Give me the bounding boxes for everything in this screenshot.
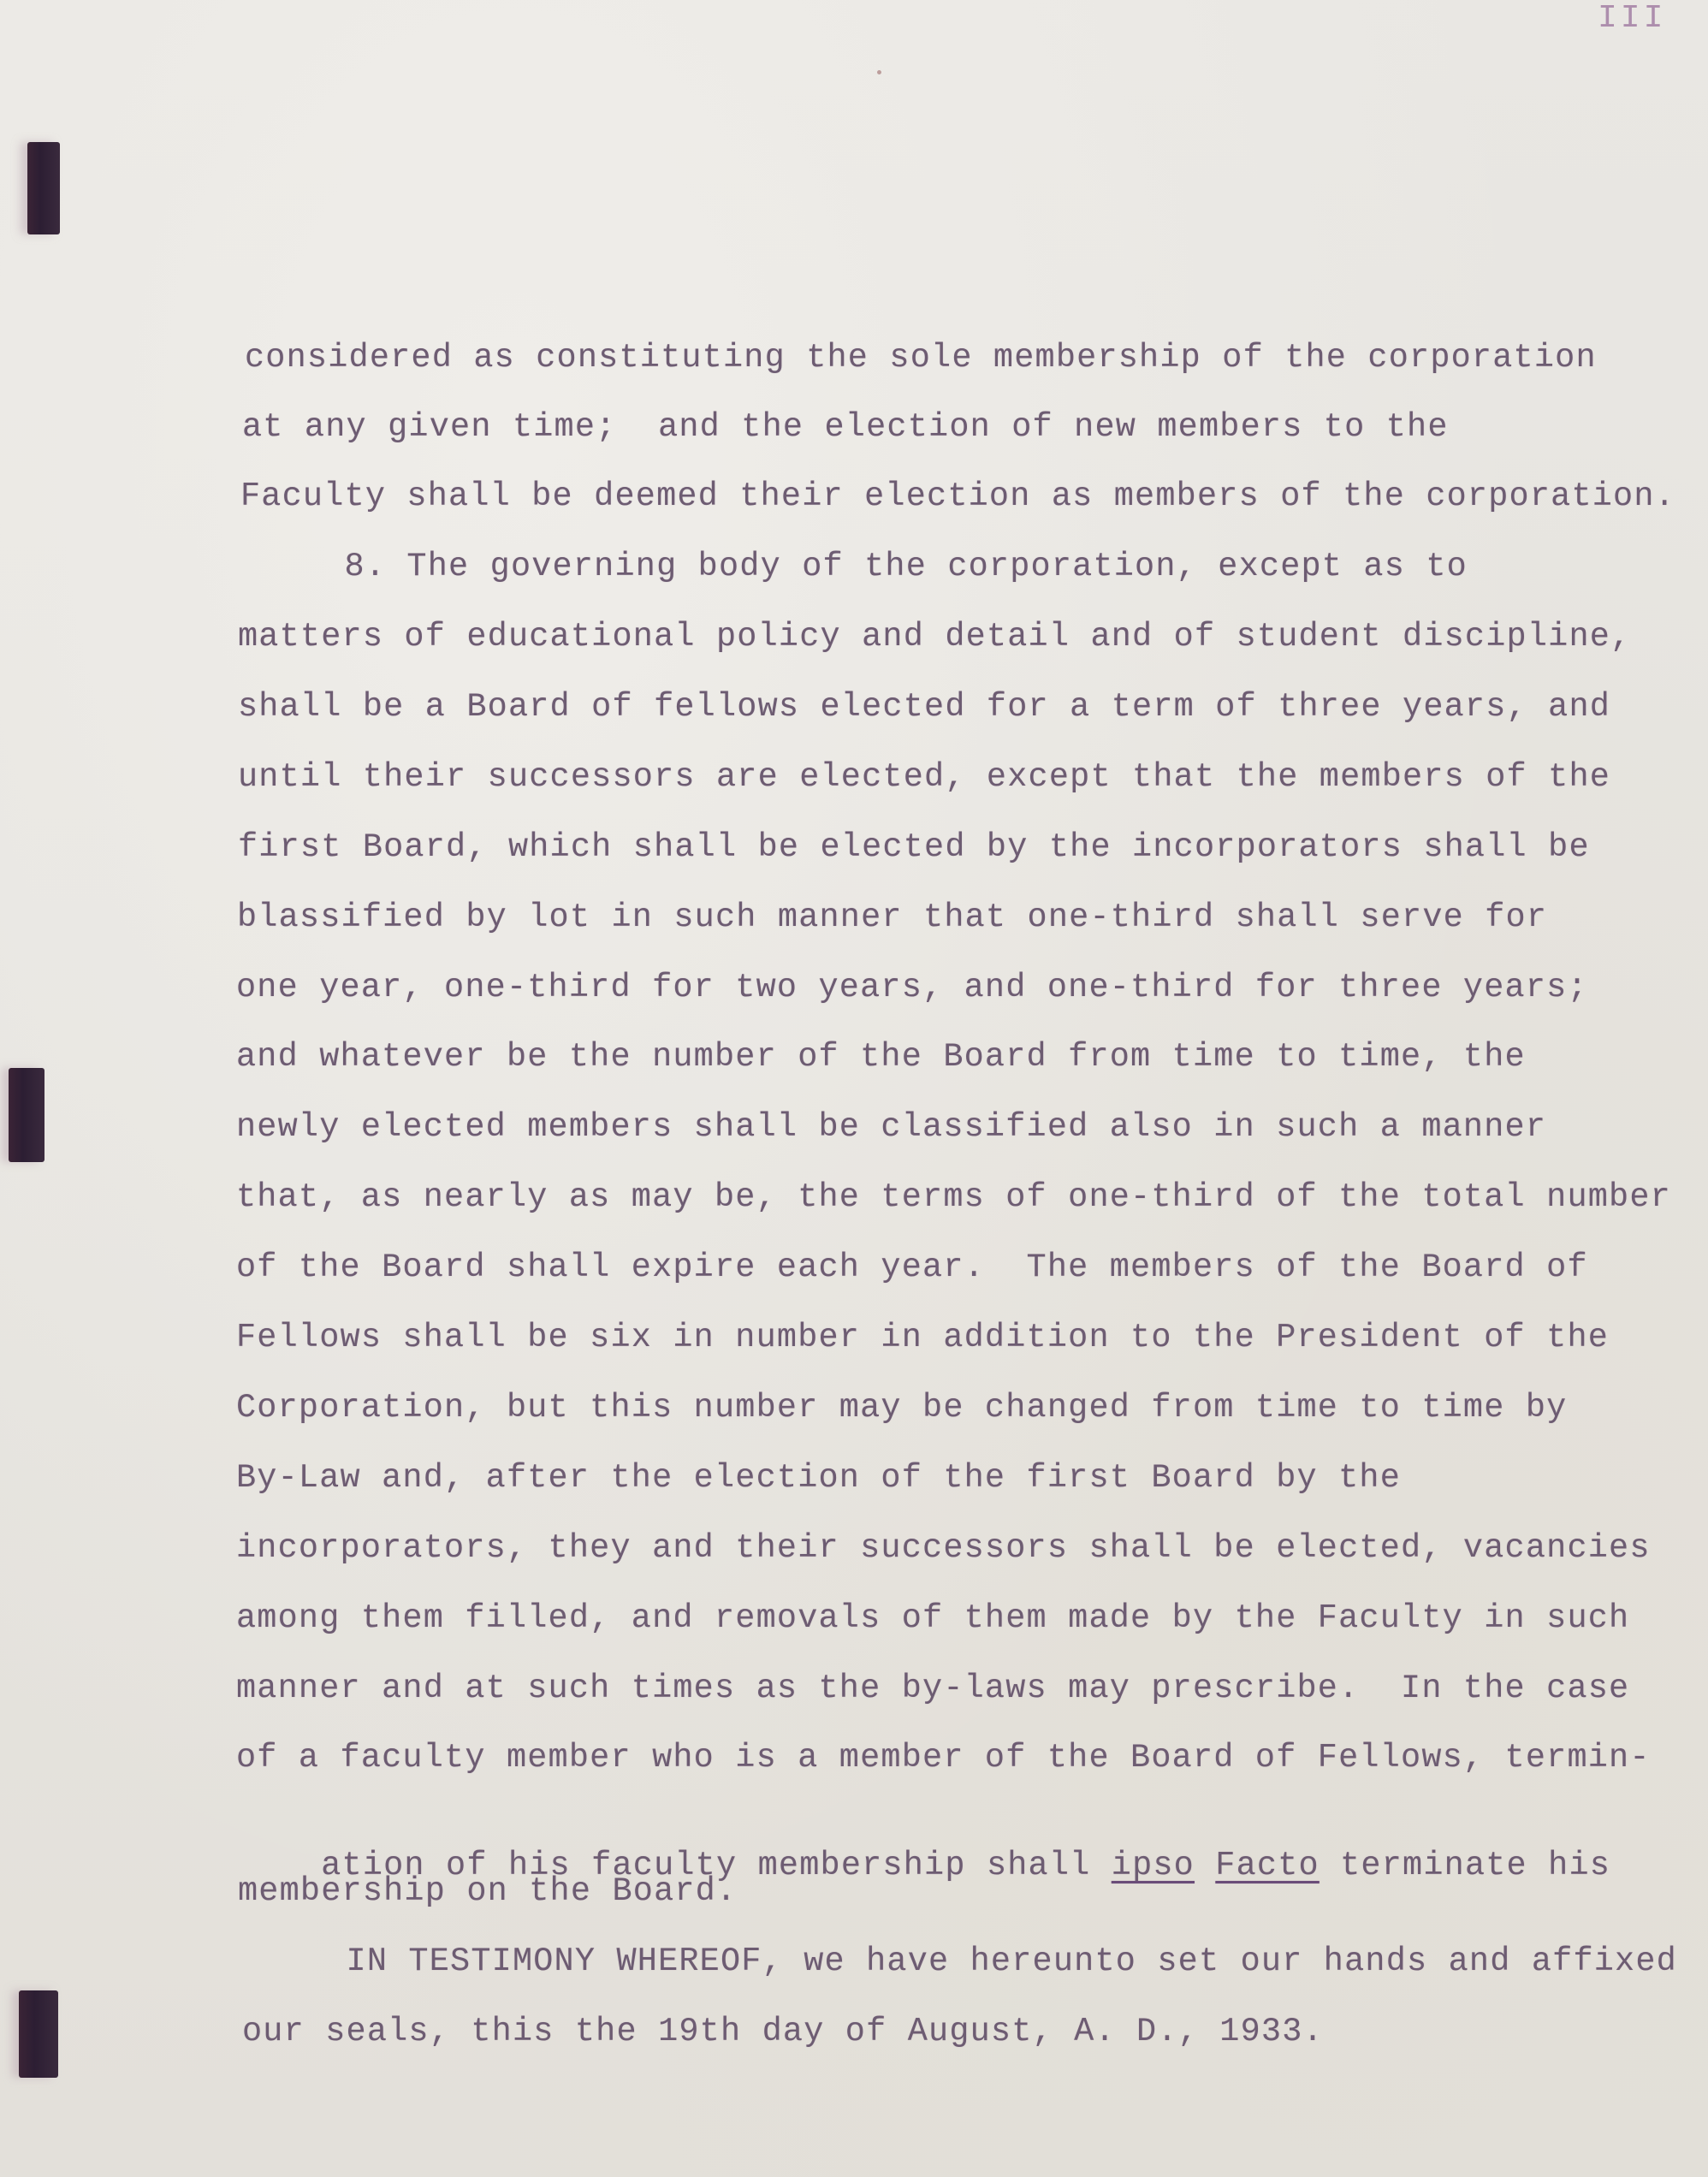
text-line: newly elected members shall be classifie…	[236, 1108, 1546, 1146]
text-line: incorporators, they and their successors…	[236, 1529, 1651, 1567]
text-line: and whatever be the number of the Board …	[236, 1038, 1526, 1076]
date-line: our seals, this the 19th day of August, …	[242, 2013, 1324, 2050]
underlined-phrase-ipso: ipso	[1112, 1847, 1195, 1884]
page-number: III	[1598, 0, 1666, 37]
binder-hole-top	[27, 142, 60, 234]
text-line: that, as nearly as may be, the terms of …	[236, 1178, 1671, 1216]
testimony-line: IN TESTIMONY WHEREOF, we have hereunto s…	[242, 1943, 1677, 1980]
text-line: among them filled, and removals of them …	[236, 1599, 1629, 1637]
text-line: until their successors are elected, exce…	[238, 758, 1610, 796]
text-line: considered as constituting the sole memb…	[245, 339, 1597, 377]
text-line: shall be a Board of fellows elected for …	[238, 688, 1610, 726]
text-line: By-Law and, after the election of the fi…	[236, 1459, 1401, 1497]
line-text-between	[1195, 1847, 1215, 1884]
text-line: at any given time; and the election of n…	[242, 408, 1449, 446]
line-text-after: terminate his	[1320, 1847, 1610, 1884]
text-line: of the Board shall expire each year. The…	[236, 1249, 1588, 1286]
binder-hole-bottom	[19, 1990, 58, 2078]
text-line: blassified by lot in such manner that on…	[237, 899, 1547, 936]
text-line: manner and at such times as the by-laws …	[236, 1670, 1629, 1707]
text-line: Fellows shall be six in number in additi…	[236, 1319, 1609, 1356]
text-line: Corporation, but this number may be chan…	[236, 1389, 1567, 1427]
text-line: of a faculty member who is a member of t…	[236, 1739, 1651, 1777]
underlined-phrase-facto: Facto	[1215, 1847, 1320, 1884]
binder-hole-middle	[9, 1068, 44, 1162]
text-line: 8. The governing body of the corporation…	[240, 548, 1468, 585]
text-line: matters of educational policy and detail…	[238, 618, 1631, 655]
text-line: first Board, which shall be elected by t…	[238, 828, 1590, 866]
text-line: one year, one-third for two years, and o…	[236, 969, 1588, 1006]
ink-speck	[877, 70, 881, 74]
text-line: membership on the Board.	[238, 1872, 737, 1910]
text-line: Faculty shall be deemed their election a…	[240, 478, 1675, 515]
